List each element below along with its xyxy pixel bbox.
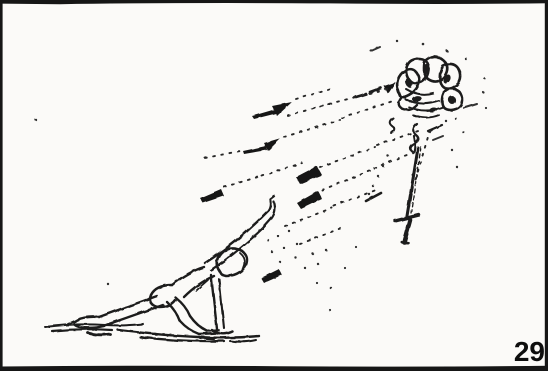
illustration-panel: 29 — [0, 0, 548, 371]
paper-background — [0, 0, 548, 371]
illustration-drawing — [0, 0, 548, 371]
figure-number: 29 — [514, 338, 545, 366]
